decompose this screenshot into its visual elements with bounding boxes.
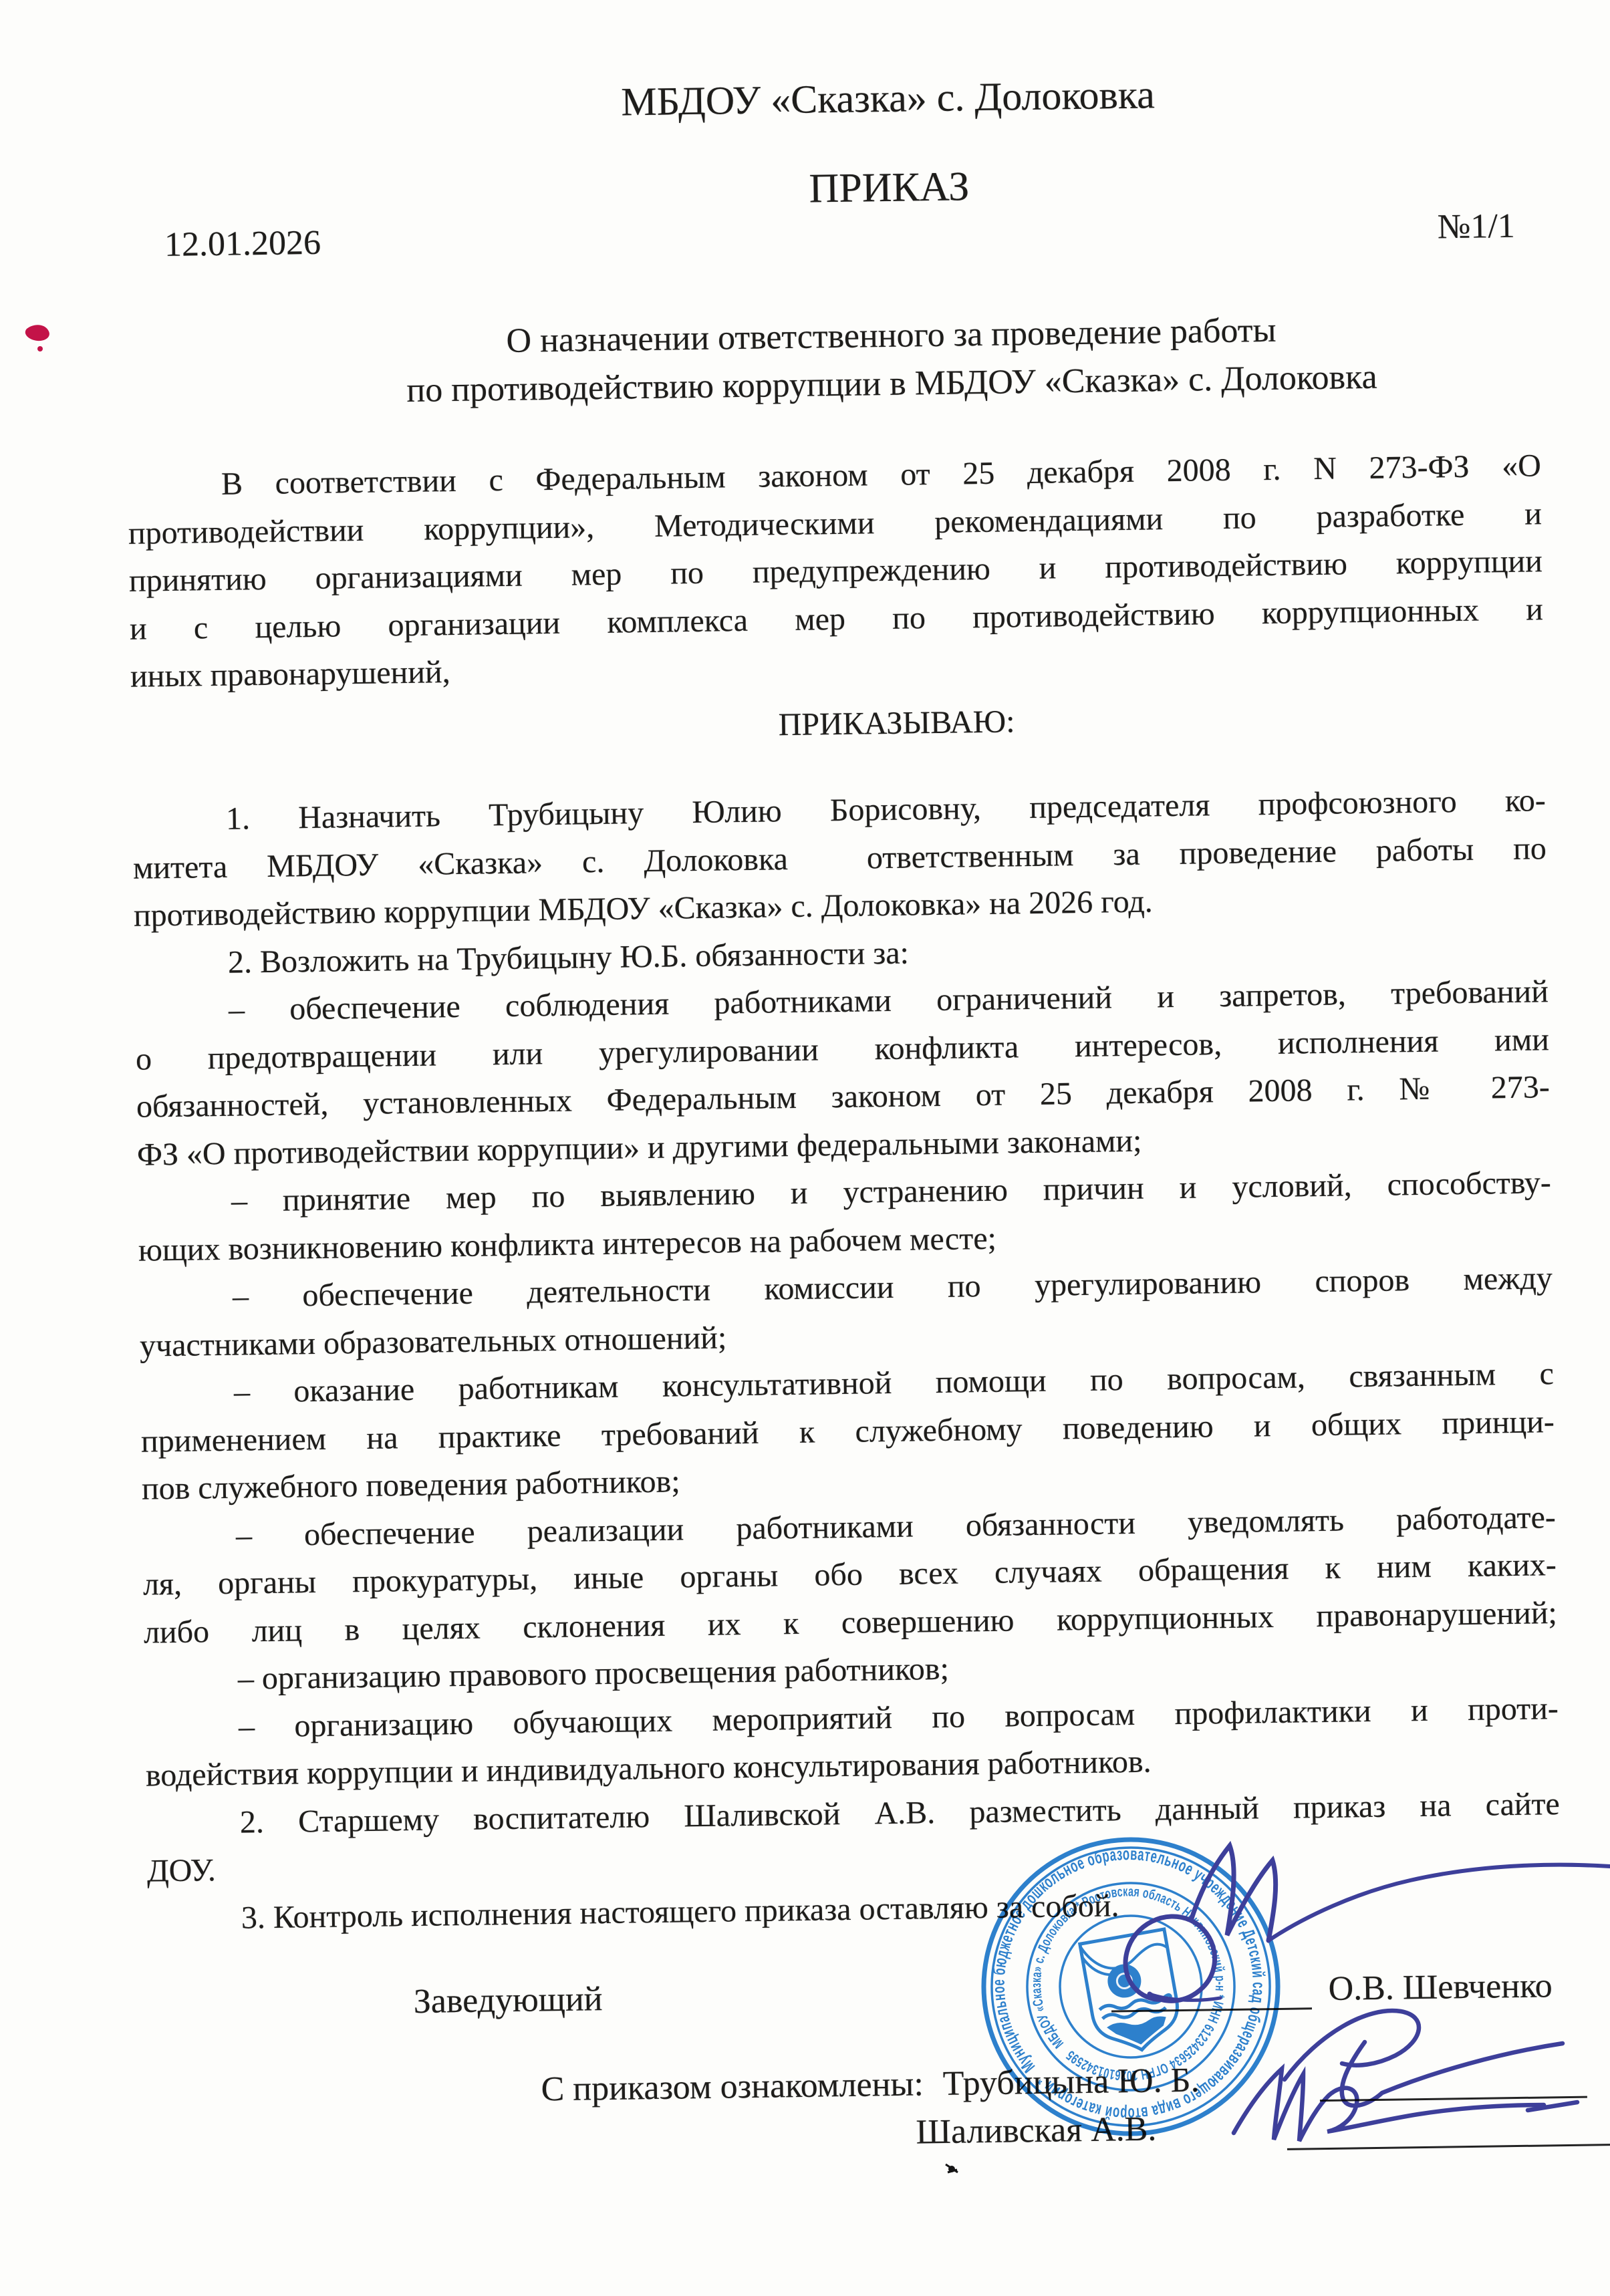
director-signature-row: Заведующий О.В. Шевченко bbox=[148, 1962, 1563, 2030]
document-number: №1/1 bbox=[1437, 207, 1515, 247]
date-number-row: 12.01.2026 №1/1 bbox=[124, 206, 1538, 265]
director-name: О.В. Шевченко bbox=[1328, 1962, 1553, 2013]
organization-name: МБДОУ «Сказка» с. Долоковка bbox=[181, 68, 1595, 128]
acknowledged-name-1: Трубицына Ю. Б. bbox=[942, 2057, 1200, 2108]
scanned-order-document: МБДОУ «Сказка» с. Долоковка ПРИКАЗ 12.01… bbox=[0, 0, 1610, 2296]
document-title: О назначении ответственного за проведени… bbox=[184, 302, 1599, 418]
body-line: ПРИКАЗЫВАЮ: bbox=[190, 690, 1604, 757]
director-position-label: Заведующий bbox=[413, 1975, 603, 2026]
acknowledgement-label: С приказом ознакомлены: bbox=[541, 2060, 924, 2114]
body-text: В соответствии с Федеральным законом от … bbox=[128, 442, 1562, 1943]
acknowledgement-signature-line-2 bbox=[1287, 2142, 1610, 2150]
director-signature-line bbox=[1111, 2007, 1312, 2012]
red-ink-speck bbox=[25, 325, 49, 351]
black-ink-speck bbox=[946, 2164, 958, 2172]
document-date: 12.01.2026 bbox=[164, 224, 321, 265]
document-content: МБДОУ «Сказка» с. Долоковка ПРИКАЗ 12.01… bbox=[122, 69, 1565, 2167]
acknowledged-name-2: Шаливская А.В. bbox=[916, 2106, 1157, 2157]
